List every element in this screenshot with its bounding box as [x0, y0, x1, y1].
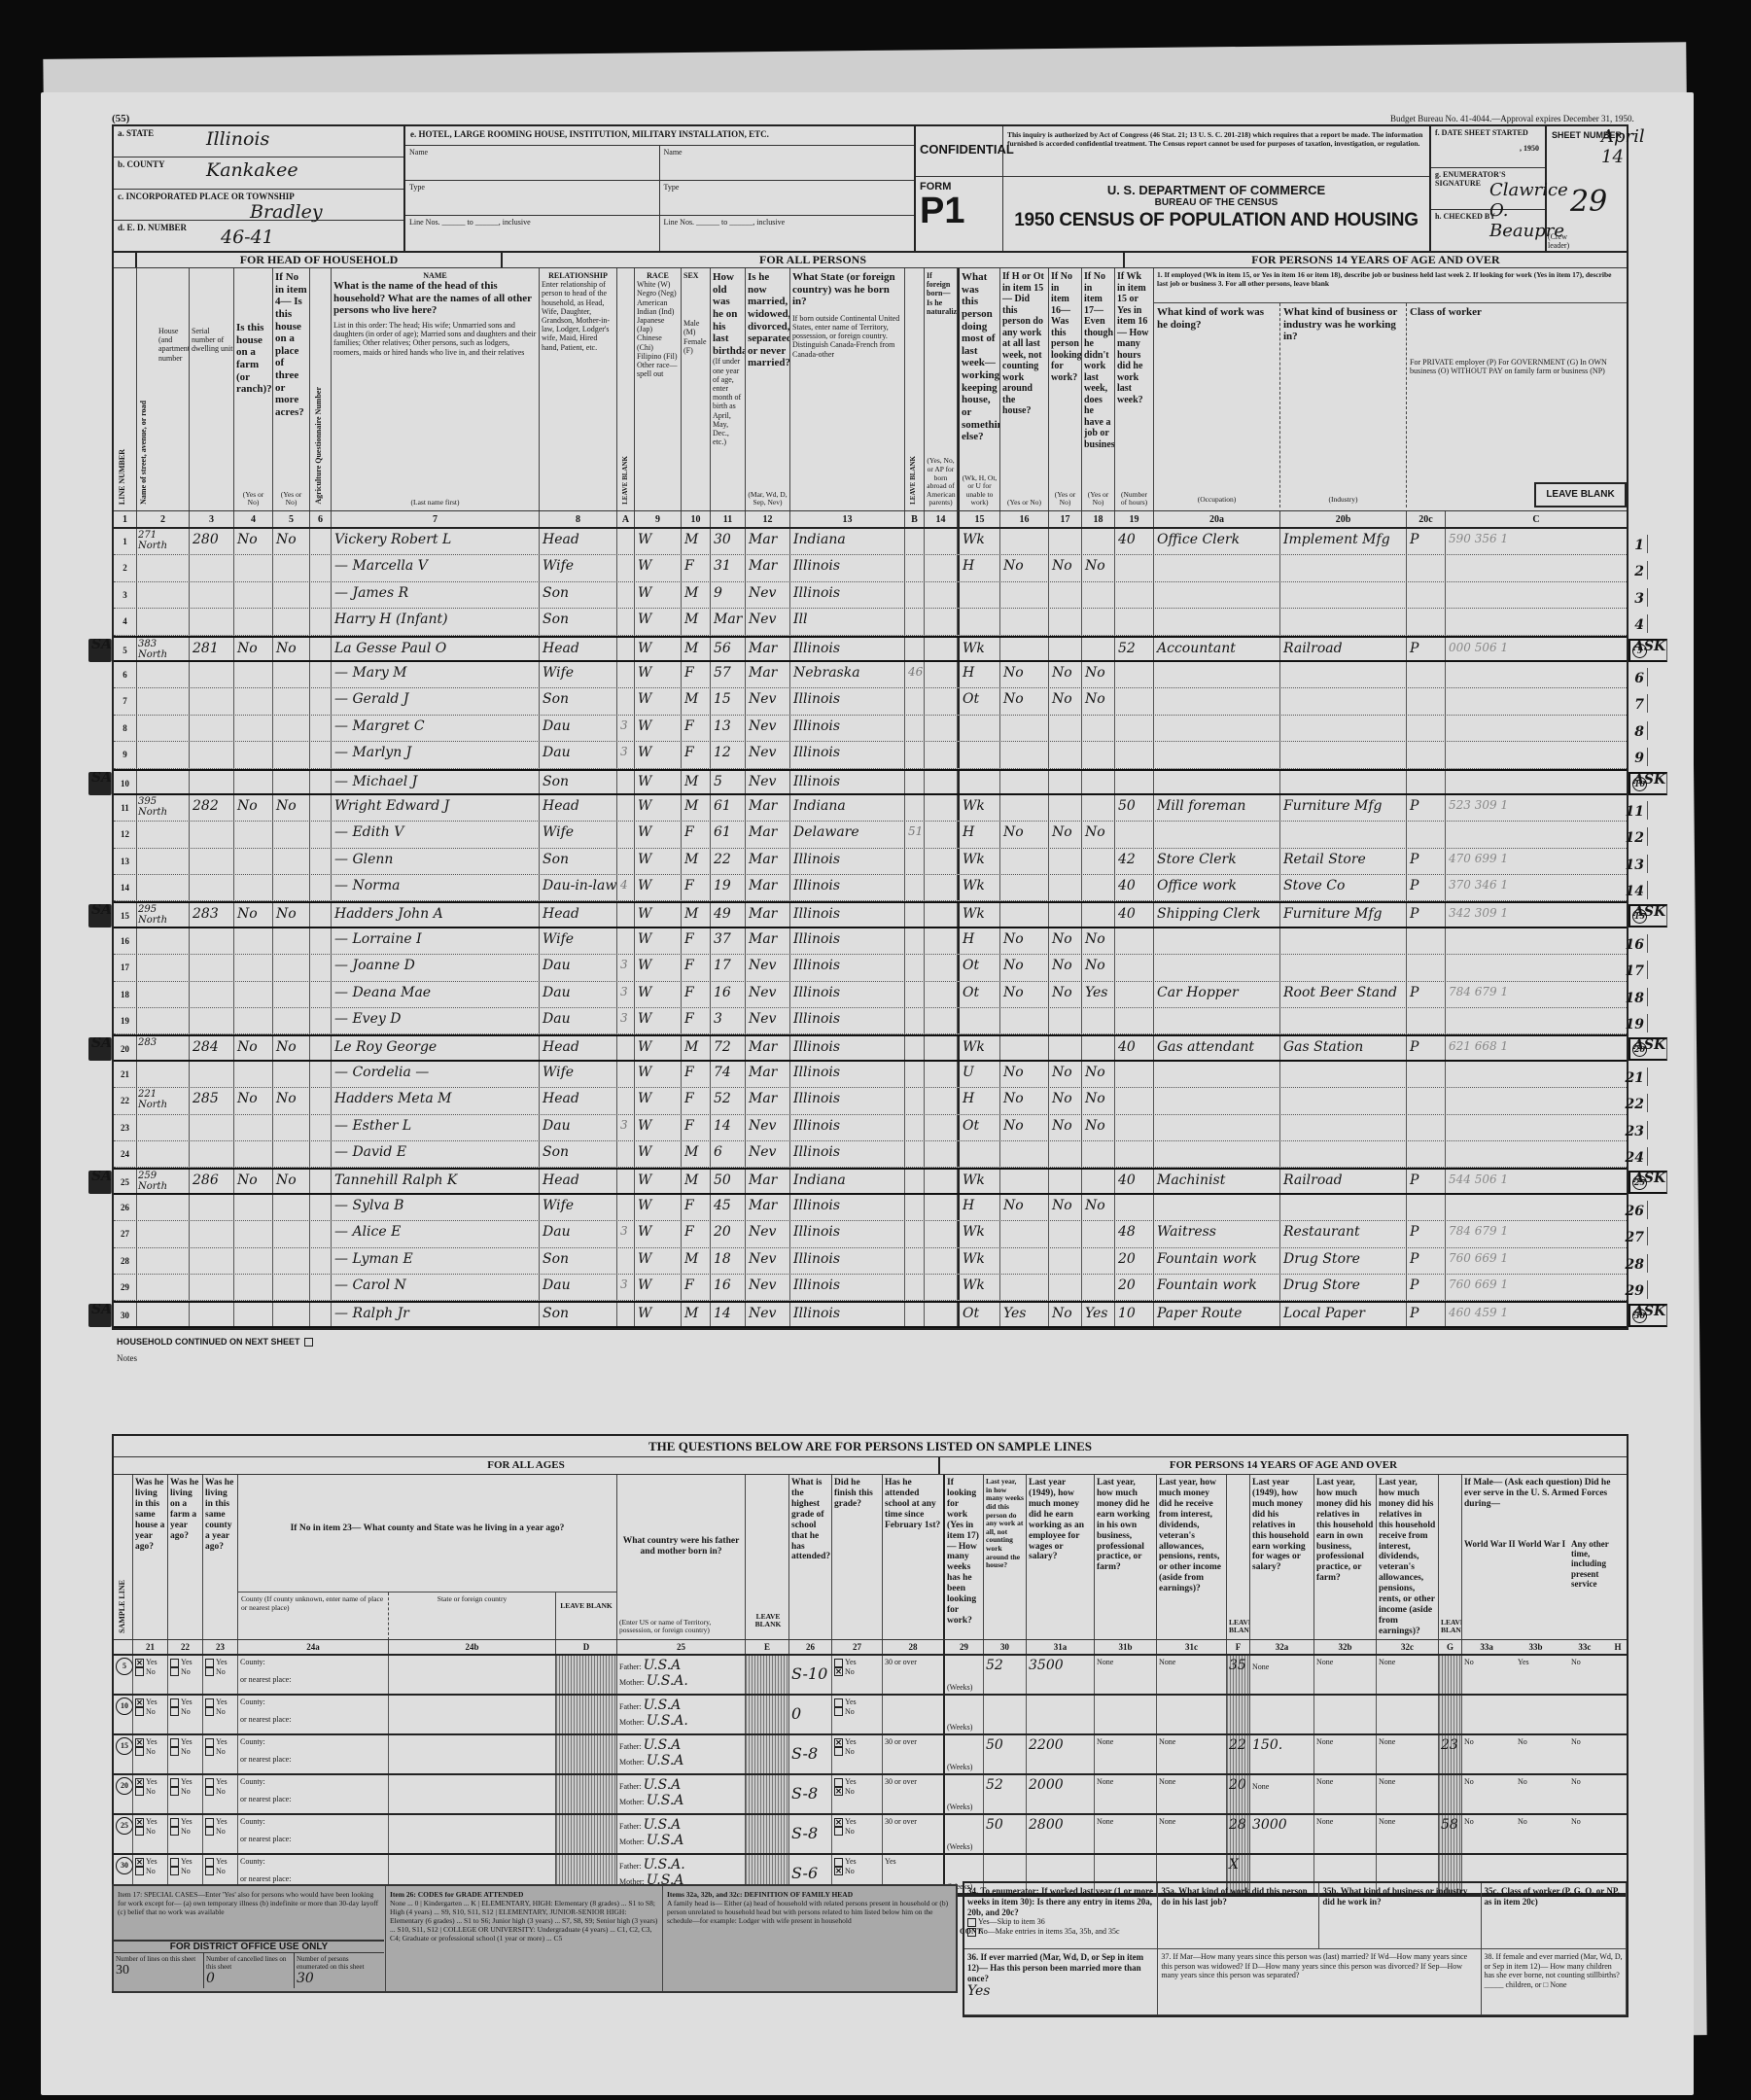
- cell-nat: [925, 1170, 958, 1192]
- cell-birth: Illinois: [790, 638, 905, 660]
- highest-grade: S-8: [791, 1824, 818, 1842]
- sample-line-questions: THE QUESTIONS BELOW ARE FOR PERSONS LIST…: [112, 1434, 1628, 1897]
- sample-cell: (Weeks): [945, 1775, 984, 1813]
- cell-rel: Son: [540, 1303, 617, 1325]
- cell-leave-blank-code: [1446, 928, 1627, 954]
- cell-rel: Dau: [540, 1115, 617, 1140]
- cell-hours: 48: [1115, 1221, 1154, 1246]
- cell-acres: No: [273, 1036, 310, 1059]
- cell-rel: Wife: [540, 822, 617, 847]
- cell-street: [137, 955, 190, 980]
- cell-street: 221 North: [137, 1088, 190, 1113]
- q23-no-checkbox[interactable]: [205, 1707, 214, 1716]
- cell-mar: Mar: [746, 1036, 790, 1059]
- sample-cell: [556, 1775, 617, 1813]
- cell-race: W: [635, 1062, 682, 1087]
- sample-cell: ✕YesNo: [133, 1815, 168, 1853]
- q27-yes-checkbox[interactable]: [834, 1778, 843, 1787]
- cell-acres: [273, 662, 310, 687]
- q22-yes-checkbox[interactable]: [170, 1698, 179, 1707]
- q21-yes-checkbox[interactable]: ✕: [135, 1738, 144, 1747]
- cell-race: W: [635, 1275, 682, 1300]
- cell-street: [137, 1248, 190, 1274]
- q27-no-checkbox[interactable]: [834, 1827, 843, 1836]
- cell-birth: Illinois: [790, 1008, 905, 1033]
- cell-cls: P: [1407, 1248, 1446, 1274]
- cell-birth: Illinois: [790, 928, 905, 954]
- cell-farm: [234, 849, 273, 874]
- cell-birth: Illinois: [790, 716, 905, 741]
- cell-nat: [925, 1248, 958, 1274]
- cell-q18: [1082, 1036, 1115, 1059]
- cell-race: W: [635, 688, 682, 714]
- sample-cell: YesNo: [203, 1735, 238, 1773]
- q21-no-checkbox[interactable]: [135, 1867, 144, 1875]
- cell-ind: Railroad: [1280, 1170, 1407, 1192]
- cell-age: 72: [711, 1036, 746, 1059]
- cell-agri: [310, 742, 332, 767]
- q21-no-checkbox[interactable]: [135, 1707, 144, 1716]
- cell-race: W: [635, 1008, 682, 1033]
- cell-dwelling: 285: [190, 1088, 234, 1113]
- column-numbers: 1 2 3 4 5 6 7 8 A 9 10 11 12 13 B 14 15 …: [114, 511, 1627, 529]
- right-line-number: 3: [1631, 588, 1648, 607]
- cell-cls: P: [1407, 1221, 1446, 1246]
- cell-birth: Illinois: [790, 1221, 905, 1246]
- sample-cell: YesNo: [168, 1735, 203, 1773]
- cell-leave-blank-code: 000 506 1: [1446, 638, 1627, 660]
- military-other: No: [1571, 1817, 1625, 1851]
- sample-cell: 28: [1227, 1815, 1250, 1853]
- cell-cls: [1407, 1088, 1446, 1113]
- cell-q16: [1000, 638, 1049, 660]
- cell-age: 57: [711, 662, 746, 687]
- cell-hours: [1115, 609, 1154, 634]
- q22-yes-checkbox[interactable]: [170, 1778, 179, 1787]
- cell-hours: 20: [1115, 1275, 1154, 1300]
- cell-agri: [310, 1195, 332, 1220]
- sample-cell: County:or nearest place:: [238, 1656, 389, 1694]
- cell-agri: [310, 716, 332, 741]
- cell-sex: M: [682, 1303, 711, 1325]
- q22-yes-checkbox[interactable]: [170, 1818, 179, 1827]
- cell-dwelling: [190, 1008, 234, 1033]
- sample-cell: [389, 1775, 556, 1813]
- q22-no-checkbox[interactable]: [170, 1667, 179, 1676]
- cell-b: [905, 1275, 925, 1300]
- cell-cls: P: [1407, 1170, 1446, 1192]
- lines-count: 30: [116, 1963, 201, 1978]
- cell-farm: [234, 955, 273, 980]
- cell-sex: M: [682, 1036, 711, 1059]
- cell-nat: [925, 1195, 958, 1220]
- cell-agri: [310, 1221, 332, 1246]
- cell-q17: No: [1049, 662, 1082, 687]
- q27-no-checkbox[interactable]: ✕: [834, 1787, 843, 1796]
- q21-yes-checkbox[interactable]: ✕: [135, 1818, 144, 1827]
- special-cases: Item 17: SPECIAL CASES—Enter 'Yes' also …: [118, 1890, 381, 1916]
- cell-sex: M: [682, 1248, 711, 1274]
- cell-dwelling: [190, 1275, 234, 1300]
- cell-act: Wk: [958, 529, 1000, 554]
- cell-mar: Nev: [746, 1141, 790, 1167]
- q27-no-checkbox[interactable]: ✕: [834, 1667, 843, 1676]
- q22-no-checkbox[interactable]: [170, 1747, 179, 1756]
- cell-occ: [1154, 822, 1280, 847]
- cell-agri: [310, 1115, 332, 1140]
- cell-birth: Ill: [790, 609, 905, 634]
- cell-mar: Nev: [746, 1275, 790, 1300]
- cell-b: [905, 1115, 925, 1140]
- sample-cell: S-8: [789, 1815, 832, 1853]
- q22-yes-checkbox[interactable]: [170, 1858, 179, 1867]
- cell-occ: Gas attendant: [1154, 1036, 1280, 1059]
- cell-mar: Nev: [746, 1248, 790, 1274]
- cell-mar: Mar: [746, 903, 790, 926]
- q23-no-checkbox[interactable]: [205, 1827, 214, 1836]
- cell-street: 271 North: [137, 529, 190, 554]
- q21-yes-checkbox[interactable]: ✕: [135, 1659, 144, 1667]
- cell-leave-blank-code: [1446, 742, 1627, 767]
- cell-mar: Mar: [746, 1195, 790, 1220]
- cell-street: [137, 716, 190, 741]
- cell-a: [617, 1170, 635, 1192]
- q34-no-checkbox[interactable]: [967, 1928, 976, 1937]
- military-ww2: [1464, 1697, 1518, 1732]
- cell-sex: M: [682, 1170, 711, 1192]
- sample-row: 25✕YesNoYesNoYesNoCounty:or nearest plac…: [114, 1815, 1627, 1855]
- q21-yes-checkbox[interactable]: ✕: [135, 1778, 144, 1787]
- cell-line: 22: [114, 1088, 137, 1113]
- cell-q16: No: [1000, 1195, 1049, 1220]
- section-head-of-household: FOR HEAD OF HOUSEHOLD: [137, 253, 503, 267]
- cell-age: 16: [711, 982, 746, 1007]
- table-row: 29— Carol NDau3WF16NevIllinoisWk20Founta…: [114, 1275, 1627, 1301]
- cell-q17: No: [1049, 1062, 1082, 1087]
- cell-name: — Evey D: [332, 1008, 540, 1033]
- cell-a: [617, 582, 635, 608]
- cell-dwelling: [190, 688, 234, 714]
- sample-cell: None: [1157, 1656, 1227, 1694]
- cell-b: [905, 1141, 925, 1167]
- q23-no-checkbox[interactable]: [205, 1867, 214, 1875]
- school-attendance: 30 or over: [885, 1737, 917, 1746]
- cell-cls: P: [1407, 875, 1446, 900]
- cell-acres: No: [273, 795, 310, 821]
- cell-agri: [310, 555, 332, 580]
- cell-age: 3: [711, 1008, 746, 1033]
- cell-ind: [1280, 771, 1407, 793]
- cell-leave-blank-code: 470 699 1: [1446, 849, 1627, 874]
- cell-a: [617, 555, 635, 580]
- right-line-number: 2: [1631, 561, 1648, 579]
- school-attendance: 30 or over: [885, 1817, 917, 1826]
- q23-yes-checkbox[interactable]: [205, 1738, 214, 1747]
- q23-no-checkbox[interactable]: [205, 1667, 214, 1676]
- cell-rel: Head: [540, 1170, 617, 1192]
- cell-act: H: [958, 1195, 1000, 1220]
- cell-occ: Accountant: [1154, 638, 1280, 660]
- cell-race: W: [635, 662, 682, 687]
- cell-sex: M: [682, 529, 711, 554]
- q21-yes-checkbox[interactable]: ✕: [135, 1858, 144, 1867]
- cell-hours: [1115, 1062, 1154, 1087]
- cell-agri: [310, 1008, 332, 1033]
- cell-leave-blank-code: 523 309 1: [1446, 795, 1627, 821]
- military-other: [1571, 1697, 1625, 1732]
- cell-leave-blank-code: [1446, 582, 1627, 608]
- cell-q18: No: [1082, 555, 1115, 580]
- cell-q16: [1000, 1275, 1049, 1300]
- cell-q17: [1049, 795, 1082, 821]
- cell-q17: No: [1049, 555, 1082, 580]
- cell-dwelling: [190, 822, 234, 847]
- cell-farm: [234, 555, 273, 580]
- q34-yes-checkbox[interactable]: [967, 1918, 976, 1927]
- right-line-number: 27: [1623, 1227, 1648, 1245]
- q27-yes-checkbox[interactable]: ✕: [834, 1738, 843, 1747]
- table-row: 26— Sylva BWifeWF45MarIllinoisHNoNoNo26: [114, 1195, 1627, 1221]
- right-line-number: 18: [1623, 988, 1648, 1006]
- notes-label: Notes: [117, 1353, 137, 1363]
- q22-no-checkbox[interactable]: [170, 1827, 179, 1836]
- cell-sex: F: [682, 982, 711, 1007]
- cell-age: 9: [711, 582, 746, 608]
- cell-age: Mar: [711, 609, 746, 634]
- q27-yes-checkbox[interactable]: ✕: [834, 1818, 843, 1827]
- sample-cell: None: [1314, 1735, 1377, 1773]
- cell-mar: Nev: [746, 582, 790, 608]
- sample-title: THE QUESTIONS BELOW ARE FOR PERSONS LIST…: [114, 1436, 1627, 1457]
- sample-cell: ✕YesNo: [133, 1696, 168, 1733]
- q23-yes-checkbox[interactable]: [205, 1778, 214, 1787]
- cell-q18: [1082, 582, 1115, 608]
- cell-acres: [273, 609, 310, 634]
- cell-street: [137, 1141, 190, 1167]
- cell-occ: Fountain work: [1154, 1248, 1280, 1274]
- military-ww2: No: [1464, 1658, 1518, 1692]
- cell-act: [958, 1141, 1000, 1167]
- sample-cell: County:or nearest place:: [238, 1696, 389, 1733]
- highest-grade: S-8: [791, 1744, 818, 1763]
- continued-checkbox[interactable]: [304, 1338, 313, 1347]
- cell-a: [617, 529, 635, 554]
- cell-leave-blank-code: [1446, 662, 1627, 687]
- cell-leave-blank-code: [1446, 555, 1627, 580]
- cell-age: 52: [711, 1088, 746, 1113]
- cell-mar: Nev: [746, 982, 790, 1007]
- cell-ind: [1280, 555, 1407, 580]
- cell-act: Wk: [958, 1036, 1000, 1059]
- cell-a: 3: [617, 716, 635, 741]
- cell-a: [617, 609, 635, 634]
- cell-street: [137, 1303, 190, 1325]
- q27-no-checkbox[interactable]: [834, 1707, 843, 1716]
- cell-cls: [1407, 742, 1446, 767]
- cell-farm: No: [234, 1036, 273, 1059]
- cell-q17: [1049, 1170, 1082, 1192]
- cell-birth: Illinois: [790, 1275, 905, 1300]
- cell-act: [958, 609, 1000, 634]
- cell-act: Wk: [958, 795, 1000, 821]
- cell-line: 30: [114, 1303, 137, 1325]
- cell-act: Wk: [958, 849, 1000, 874]
- cell-rel: Dau: [540, 716, 617, 741]
- cell-race: W: [635, 1088, 682, 1113]
- q27-yes-checkbox[interactable]: [834, 1858, 843, 1867]
- cell-hours: 52: [1115, 638, 1154, 660]
- cell-q16: No: [1000, 955, 1049, 980]
- sample-cell: 23: [1439, 1735, 1462, 1773]
- cell-ind: Restaurant: [1280, 1221, 1407, 1246]
- cell-mar: Nev: [746, 688, 790, 714]
- cell-q18: Yes: [1082, 1303, 1115, 1325]
- cell-act: Ot: [958, 955, 1000, 980]
- cell-rel: Son: [540, 849, 617, 874]
- sample-cell: 25: [114, 1815, 133, 1853]
- q23-yes-checkbox[interactable]: [205, 1698, 214, 1707]
- cell-mar: Nev: [746, 716, 790, 741]
- q22-yes-checkbox[interactable]: [170, 1738, 179, 1747]
- cell-q17: No: [1049, 688, 1082, 714]
- cell-a: [617, 795, 635, 821]
- q22-no-checkbox[interactable]: [170, 1707, 179, 1716]
- sample-cell: [1027, 1696, 1095, 1733]
- cell-b: [905, 849, 925, 874]
- q27-yes-checkbox[interactable]: [834, 1698, 843, 1707]
- mother-birthplace: U.S.A.: [647, 1673, 688, 1689]
- cell-occ: [1154, 662, 1280, 687]
- cell-q17: No: [1049, 928, 1082, 954]
- cell-line: 26: [114, 1195, 137, 1220]
- sample-line-number: 20: [116, 1777, 133, 1795]
- cell-rel: Dau: [540, 742, 617, 767]
- instructions-box: Item 17: SPECIAL CASES—Enter 'Yes' also …: [112, 1884, 958, 1993]
- q21-no-checkbox[interactable]: [135, 1827, 144, 1836]
- q23-no-checkbox[interactable]: [205, 1787, 214, 1796]
- sample-cell: None: [1157, 1775, 1227, 1813]
- cell-age: 6: [711, 1141, 746, 1167]
- cell-farm: [234, 609, 273, 634]
- sample-cell: 2000: [1027, 1775, 1095, 1813]
- q21-no-checkbox[interactable]: [135, 1787, 144, 1796]
- sample-cell: YesNo: [168, 1696, 203, 1733]
- q22-no-checkbox[interactable]: [170, 1867, 179, 1875]
- cell-nat: [925, 849, 958, 874]
- cell-race: W: [635, 795, 682, 821]
- cell-sex: F: [682, 875, 711, 900]
- section-all-persons: FOR ALL PERSONS: [503, 253, 1125, 267]
- cell-mar: Mar: [746, 638, 790, 660]
- sample-cell: Father: U.S.AMother: U.S.A.: [617, 1696, 746, 1733]
- q21-yes-checkbox[interactable]: ✕: [135, 1698, 144, 1707]
- sample-cell: County:or nearest place:: [238, 1815, 389, 1853]
- cell-acres: [273, 928, 310, 954]
- cell-a: 3: [617, 982, 635, 1007]
- cell-acres: [273, 1275, 310, 1300]
- cell-sex: F: [682, 662, 711, 687]
- cell-occ: [1154, 716, 1280, 741]
- cell-line: 1: [114, 529, 137, 554]
- cell-nat: [925, 1303, 958, 1325]
- cell-acres: [273, 982, 310, 1007]
- sample-cell: 3000: [1250, 1815, 1314, 1853]
- sheet-number-box: SHEET NUMBER29: [1547, 126, 1627, 251]
- father-birthplace: U.S.A.: [644, 1857, 685, 1872]
- cell-race: W: [635, 1195, 682, 1220]
- sample-cell: [1439, 1696, 1462, 1733]
- table-row: 2— Marcella VWifeWF31MarIllinoisHNoNoNo2: [114, 555, 1627, 581]
- cell-line: 7: [114, 688, 137, 714]
- cell-occ: [1154, 1008, 1280, 1033]
- q27-no-checkbox[interactable]: [834, 1747, 843, 1756]
- cell-dwelling: [190, 849, 234, 874]
- q21-no-checkbox[interactable]: [135, 1667, 144, 1676]
- cell-ind: [1280, 1088, 1407, 1113]
- cell-race: W: [635, 742, 682, 767]
- school-attendance: Yes: [885, 1857, 896, 1866]
- cell-cls: P: [1407, 982, 1446, 1007]
- sample-line-number: 25: [116, 1817, 133, 1835]
- cell-q18: [1082, 849, 1115, 874]
- cell-q18: [1082, 716, 1115, 741]
- military-ww1: No: [1518, 1737, 1571, 1771]
- cell-acres: [273, 716, 310, 741]
- cell-sex: M: [682, 771, 711, 793]
- military-service-cells: [1462, 1696, 1627, 1733]
- sample-cell: ✕YesNo: [832, 1735, 883, 1773]
- sample-cell: 22: [1227, 1735, 1250, 1773]
- q23-yes-checkbox[interactable]: [205, 1818, 214, 1827]
- sample-headers: SAMPLE LINE Was he living in this same h…: [114, 1475, 1627, 1640]
- ask-questions-below-marker: 15ASK QUES. BELOW: [1628, 904, 1667, 927]
- cell-mar: Mar: [746, 928, 790, 954]
- cell-occ: Store Clerk: [1154, 849, 1280, 874]
- cell-cls: [1407, 1062, 1446, 1087]
- cell-cls: [1407, 771, 1446, 793]
- sample-cell: [1439, 1656, 1462, 1694]
- cell-agri: [310, 771, 332, 793]
- cell-line: 14: [114, 875, 137, 900]
- cell-line: 28: [114, 1248, 137, 1274]
- q23-yes-checkbox[interactable]: [205, 1659, 214, 1667]
- budget-note: Budget Bureau No. 41-4044.—Approval expi…: [1390, 114, 1634, 123]
- cell-acres: No: [273, 1088, 310, 1113]
- q21-no-checkbox[interactable]: [135, 1747, 144, 1756]
- cell-leave-blank-code: 370 346 1: [1446, 875, 1627, 900]
- highest-grade: S-8: [791, 1784, 818, 1802]
- cell-race: W: [635, 1303, 682, 1325]
- cell-sex: F: [682, 716, 711, 741]
- q27-no-checkbox[interactable]: ✕: [834, 1867, 843, 1875]
- cell-cls: P: [1407, 903, 1446, 926]
- q22-no-checkbox[interactable]: [170, 1787, 179, 1796]
- q23-yes-checkbox[interactable]: [205, 1858, 214, 1867]
- cell-acres: [273, 1303, 310, 1325]
- q22-yes-checkbox[interactable]: [170, 1659, 179, 1667]
- cell-mar: Mar: [746, 1062, 790, 1087]
- q23-no-checkbox[interactable]: [205, 1747, 214, 1756]
- cell-b: [905, 1062, 925, 1087]
- cell-agri: [310, 1303, 332, 1325]
- cell-birth: Illinois: [790, 742, 905, 767]
- person-rows: 1271 North280NoNoVickery Robert LHeadWM3…: [114, 529, 1627, 1328]
- highest-grade: S-6: [791, 1864, 818, 1882]
- cell-a: 3: [617, 1275, 635, 1300]
- cell-nat: [925, 1088, 958, 1113]
- q27-yes-checkbox[interactable]: [834, 1659, 843, 1667]
- sample-cell: (Weeks): [945, 1656, 984, 1694]
